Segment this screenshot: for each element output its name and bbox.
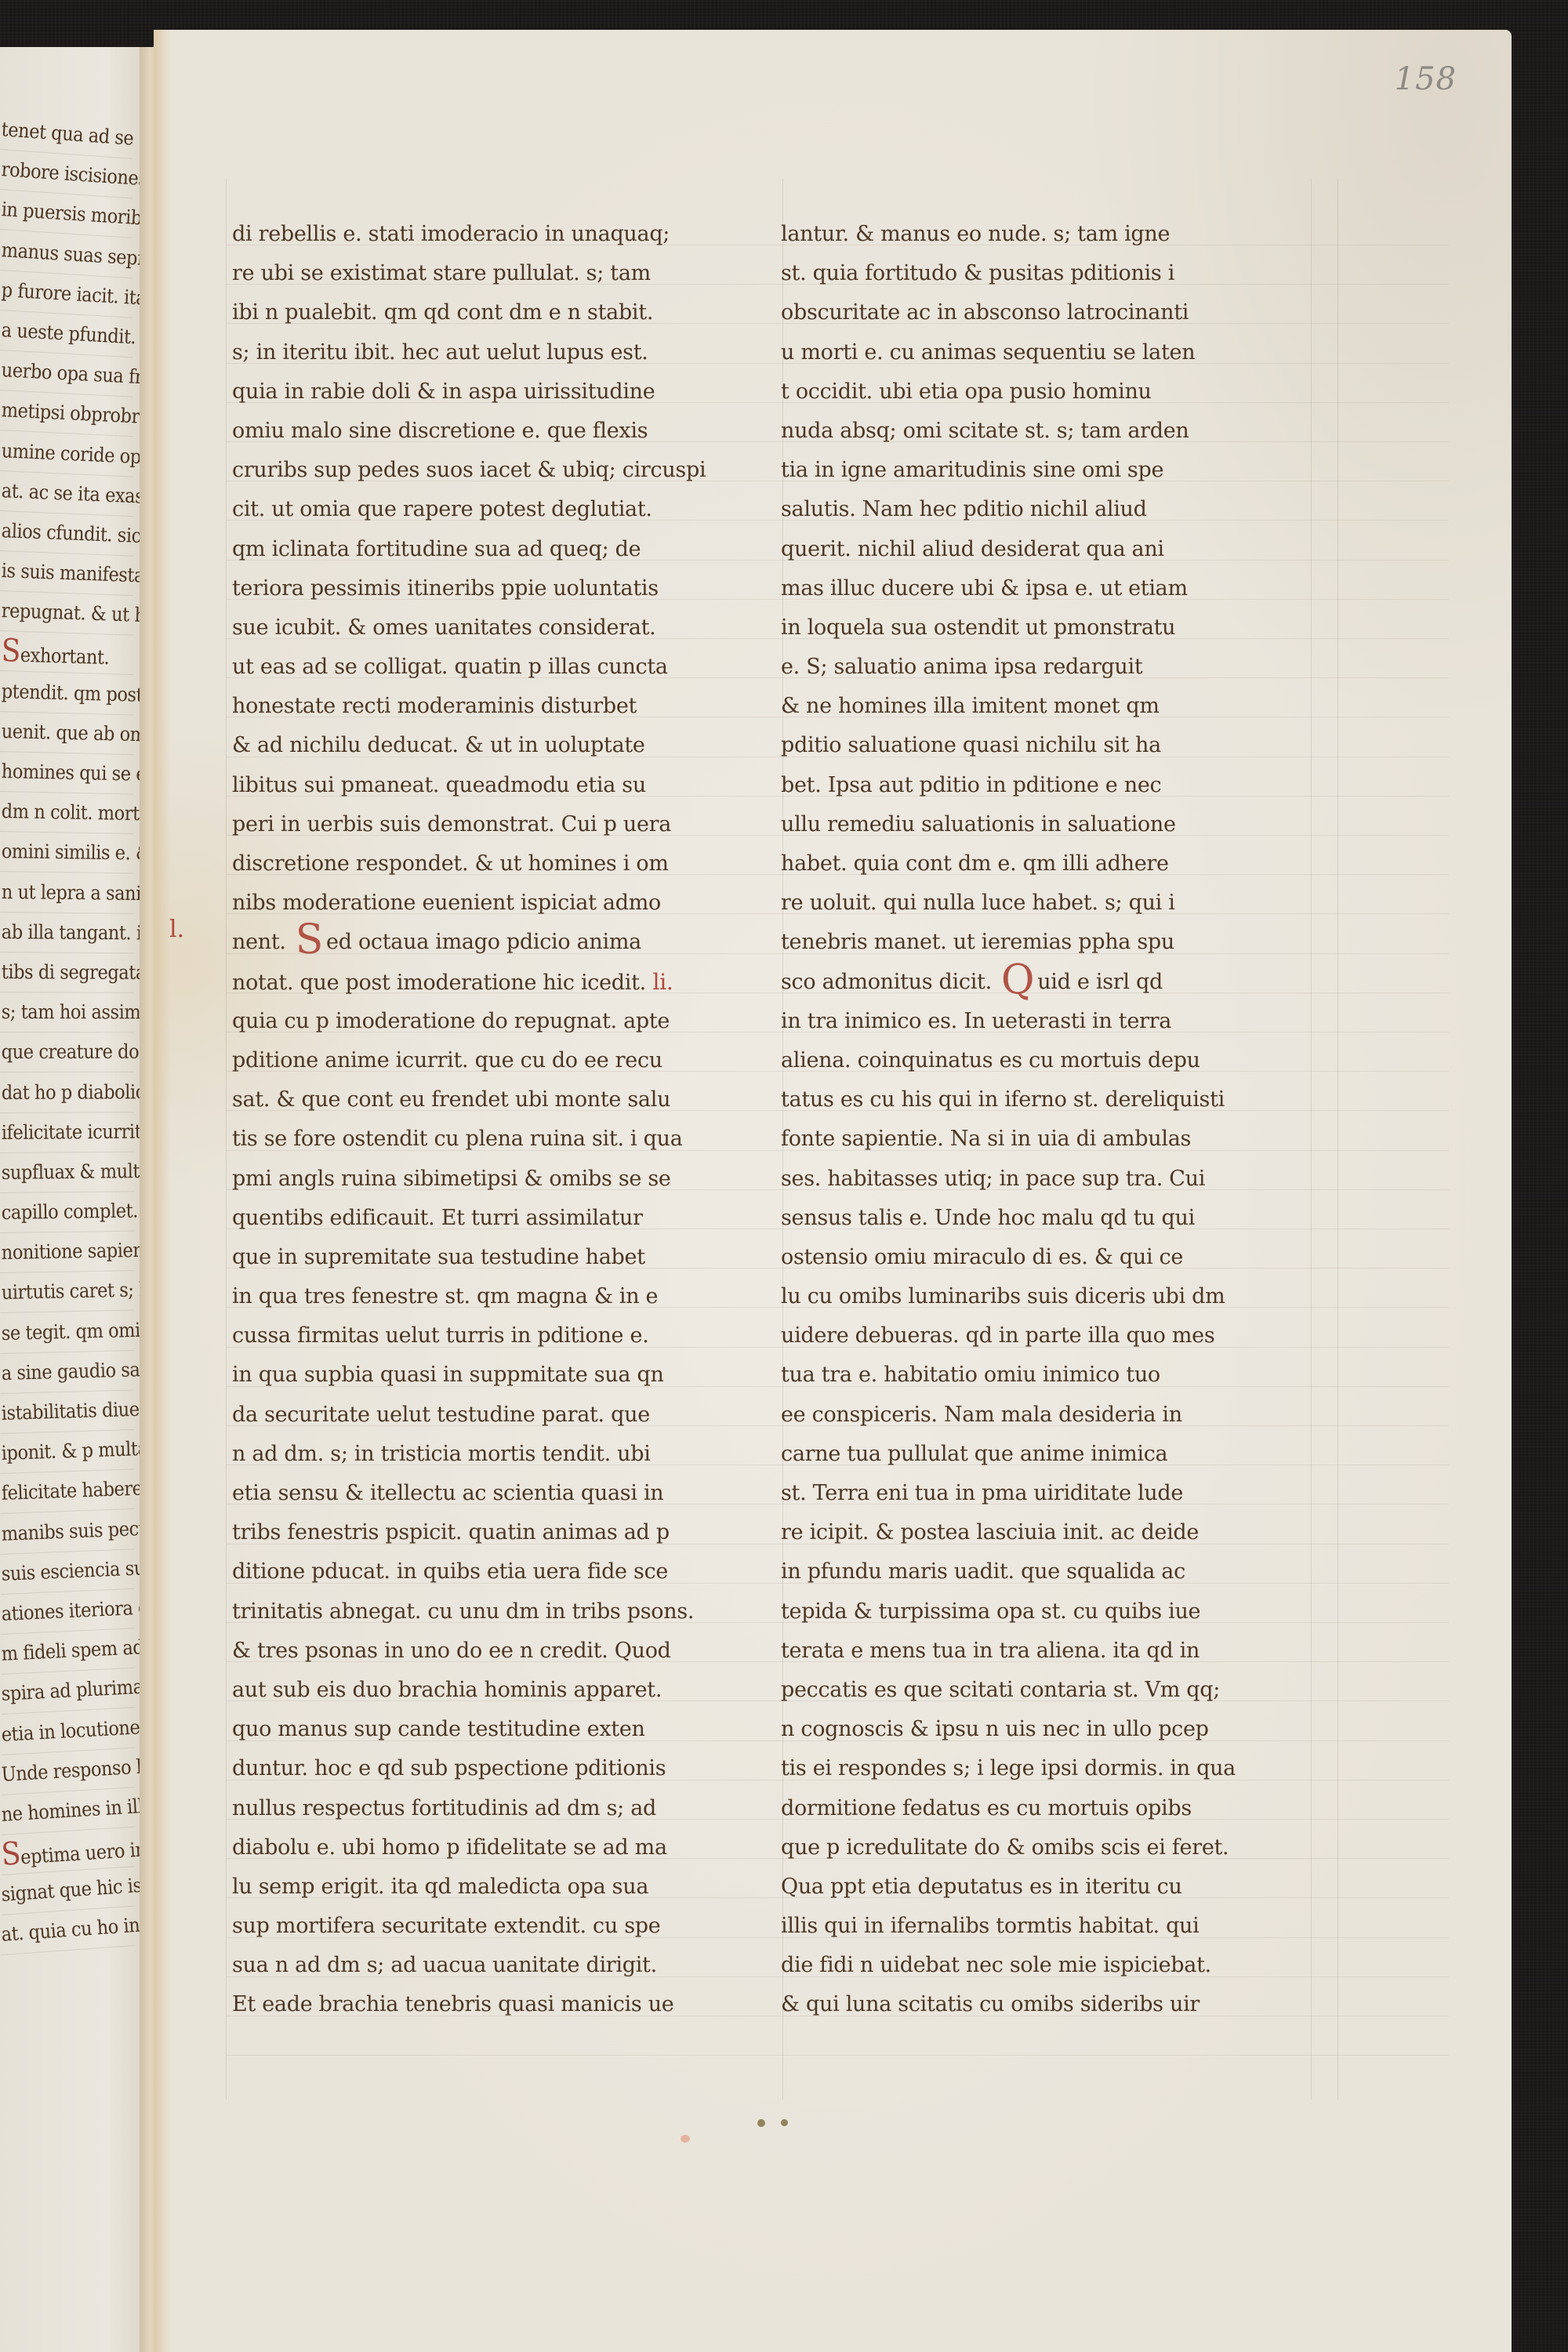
line-text: st. quia fortitudo & pusitas pditionis i — [781, 261, 1174, 285]
verso-line: dat ho p diabolica — [0, 1073, 134, 1113]
manuscript-line: nuda absq; omi scitate st. s; tam arden — [781, 412, 1314, 451]
manuscript-line: ostensio omiu miraculo di es. & qui ce — [781, 1238, 1314, 1277]
manuscript-line: n cognoscis & ipsu n uis nec in ullo pce… — [781, 1710, 1314, 1749]
line-text: illis qui in ifernalibs tormtis habitat.… — [781, 1914, 1200, 1938]
manuscript-line: obscuritate ac in absconso latrocinanti — [781, 293, 1314, 332]
manuscript-line: aut sub eis duo brachia hominis apparet. — [232, 1671, 781, 1710]
line-text: quentibs edificauit. Et turri assimilatu… — [232, 1206, 643, 1230]
verso-line: at. quia cu ho in bon — [0, 1907, 135, 1956]
line-text: tatus es cu his qui in iferno st. dereli… — [781, 1087, 1225, 1112]
manuscript-line: ullu remediu saluationis in saluatione — [781, 805, 1314, 844]
manuscript-line: que p icredulitate do & omibs scis ei fe… — [781, 1828, 1314, 1867]
manuscript-line: cit. ut omia que rapere potest deglutiat… — [232, 490, 781, 529]
manuscript-line: lu cu omibs luminaribs suis diceris ubi … — [781, 1277, 1314, 1316]
line-text: re icipit. & postea lasciuia init. ac de… — [781, 1520, 1199, 1544]
line-text: quia cu p imoderatione do repugnat. apte — [232, 1009, 670, 1033]
line-text: istabilitatis diuers — [1, 1397, 149, 1425]
verso-line: felicitate habere re — [0, 1469, 135, 1514]
line-text: querit. nichil aliud desiderat qua ani — [781, 537, 1164, 561]
manuscript-line: ibi n pualebit. qm qd cont dm e n stabit… — [232, 293, 781, 332]
line-text: Et eade brachia tenebris quasi manicis u… — [232, 1992, 673, 2016]
manuscript-line: honestate recti moderaminis disturbet — [232, 687, 781, 726]
line-text: ullu remediu saluationis in saluatione — [781, 812, 1176, 837]
line-text: ationes iteriora cord — [1, 1595, 149, 1625]
manuscript-line: st. quia fortitudo & pusitas pditionis i — [781, 254, 1314, 293]
manuscript-line: re icipit. & postea lasciuia init. ac de… — [781, 1513, 1314, 1552]
marginal-chapter-number: li. — [646, 969, 673, 995]
line-text: que p icredulitate do & omibs scis ei fe… — [781, 1835, 1229, 1860]
manuscript-line: di rebellis e. stati imoderacio in unaqu… — [232, 215, 781, 254]
manuscript-line: tribs fenestris pspicit. quatin animas a… — [232, 1513, 781, 1552]
manuscript-line: nullus respectus fortitudinis ad dm s; a… — [232, 1789, 781, 1828]
line-text: omiu malo sine discretione e. que flexis — [232, 419, 648, 443]
line-text: duntur. hoc e qd sub pspectione pditioni… — [232, 1756, 666, 1780]
verso-line: metipsi obprobria pson — [0, 390, 135, 437]
line-text: robore iscisiones uerbo — [1, 158, 149, 194]
manuscript-line: & tres psonas in uno do ee n credit. Quo… — [232, 1632, 781, 1671]
rubricated-initial: S — [296, 924, 323, 956]
manuscript-line: mas illuc ducere ubi & ipsa e. ut etiam — [781, 569, 1314, 608]
manuscript-line: e. S; saluatio anima ipsa redarguit — [781, 648, 1314, 687]
manuscript-line: que in supremitate sua testudine habet — [232, 1238, 781, 1277]
line-text: s; in iteritu ibit. hec aut uelut lupus … — [232, 340, 648, 365]
ink-stain — [781, 2119, 788, 2126]
line-text: e. S; saluatio anima ipsa redarguit — [781, 655, 1142, 679]
line-text: discretione respondet. & ut homines i om — [232, 851, 669, 876]
manuscript-line: re uoluit. qui nulla luce habet. s; qui … — [781, 884, 1314, 923]
manuscript-line: in qua tres fenestre st. qm magna & in e — [232, 1277, 781, 1316]
line-text: tibs di segregata e nec — [2, 960, 149, 984]
line-text: tenet qua ad se estringit — [1, 118, 149, 155]
line-text: repugnat. & ut homi — [1, 599, 149, 627]
line-text: aut sub eis duo brachia hominis apparet. — [232, 1678, 662, 1702]
line-text: sua n ad dm s; ad uacua uanitate dirigit… — [232, 1953, 657, 1977]
line-text: carne tua pullulat que anime inimica — [781, 1442, 1167, 1466]
manuscript-line: pmi angls ruina sibimetipsi & omibs se s… — [232, 1160, 781, 1199]
line-text: ee conspiceris. Nam mala desideria in — [781, 1403, 1182, 1427]
line-text: qm iclinata fortitudine sua ad queq; de — [232, 537, 641, 561]
verso-line: m fideli spem ad dm — [0, 1628, 135, 1675]
manuscript-line: lantur. & manus eo nude. s; tam igne — [781, 215, 1314, 254]
line-text: uirtutis caret s; lascitu — [1, 1277, 149, 1304]
ruling-line-vertical — [1338, 179, 1338, 2100]
line-text: n cognoscis & ipsu n uis nec in ullo pce… — [781, 1717, 1209, 1741]
ink-stain — [757, 2119, 765, 2127]
verso-line: uirtutis caret s; lascitu — [0, 1271, 134, 1314]
line-text: trinitatis abnegat. cu unu dm in tribs p… — [232, 1599, 694, 1624]
line-text: in qua tres fenestre st. qm magna & in e — [232, 1284, 658, 1308]
line-text: in qua supbia quasi in suppmitate sua qn — [232, 1363, 664, 1387]
line-text: eptima uero imag — [20, 1836, 149, 1868]
manuscript-line: sua n ad dm s; ad uacua uanitate dirigit… — [232, 1946, 781, 1985]
marginal-chapter-number: l. — [169, 916, 184, 943]
manuscript-line: carne tua pullulat que anime inimica — [781, 1435, 1314, 1474]
manuscript-line: sensus talis e. Unde hoc malu qd tu qui — [781, 1199, 1314, 1238]
line-text: uid e isrl qd — [1037, 970, 1163, 994]
verso-line: is suis manifestat. S; ud — [0, 551, 135, 596]
verso-line: ab illa tangant. ita ill — [0, 913, 134, 953]
manuscript-line: salutis. Nam hec pditio nichil aliud — [781, 490, 1314, 529]
verso-line: supfluax & multipl — [0, 1152, 134, 1193]
manuscript-line: quentibs edificauit. Et turri assimilatu… — [232, 1199, 781, 1238]
verso-line: repugnat. & ut homi — [0, 591, 135, 636]
line-text: ut eas ad se colligat. quatin p illas cu… — [232, 655, 668, 679]
manuscript-line: sue icubit. & omes uanitates considerat. — [232, 608, 781, 648]
line-text: a ueste pfundit. qm in a — [1, 318, 149, 352]
line-text: obscuritate ac in absconso latrocinanti — [781, 300, 1189, 325]
line-text: u morti e. cu animas sequentiu se laten — [781, 340, 1195, 365]
line-text: p furore iacit. ita qd c — [1, 278, 149, 312]
line-text: nibs moderatione euenient ispiciat admo — [232, 891, 661, 915]
manuscript-line: duntur. hoc e qd sub pspectione pditioni… — [232, 1749, 781, 1788]
line-text: alios cfundit. sic etia — [1, 519, 149, 549]
manuscript-line: cussa firmitas uelut turris in pditione … — [232, 1316, 781, 1356]
line-text: omini similis e. & mo — [2, 840, 149, 865]
line-text: terata e mens tua in tra aliena. ita qd … — [781, 1639, 1200, 1663]
line-text: capillo complet. ha — [2, 1199, 149, 1224]
verso-line: iponit. & p multas — [0, 1430, 135, 1475]
line-text: re uoluit. qui nulla luce habet. s; qui … — [781, 891, 1175, 915]
line-text: que creature do obed — [2, 1040, 149, 1063]
line-text: quo manus sup cande testitudine exten — [232, 1717, 645, 1741]
line-text: di rebellis e. stati imoderacio in unaqu… — [232, 222, 670, 246]
verso-line: manibs suis pect sui — [0, 1509, 135, 1555]
manuscript-line: ut eas ad se colligat. quatin p illas cu… — [232, 648, 781, 687]
line-text: pmi angls ruina sibimetipsi & omibs se s… — [232, 1167, 671, 1191]
line-text: bet. Ipsa aut pditio in pditione e nec — [781, 773, 1161, 797]
line-text: sue icubit. & omes uanitates considerat. — [232, 615, 655, 640]
line-text: sco admonitus dicit. — [781, 970, 992, 994]
line-text: teriora pessimis itineribs ppie uoluntat… — [232, 576, 659, 601]
line-text: se tegit. qm omi bon — [1, 1317, 149, 1344]
manuscript-line: in loquela sua ostendit ut pmonstratu — [781, 608, 1314, 648]
line-text: cussa firmitas uelut turris in pditione … — [232, 1323, 648, 1348]
manuscript-line: peccatis es que scitati contaria st. Vm … — [781, 1671, 1314, 1710]
manuscript-line: dormitione fedatus es cu mortuis opibs — [781, 1789, 1314, 1828]
manuscript-line: re ubi se existimat stare pullulat. s; t… — [232, 254, 781, 293]
manuscript-page-recto: 158 di rebellis e. stati imoderacio in u… — [154, 30, 1512, 2352]
line-text: ptendit. qm post eam — [1, 680, 149, 707]
verso-line: omini similis e. & mo — [0, 832, 134, 874]
line-text: die fidi n uidebat nec sole mie ispicieb… — [781, 1953, 1211, 1977]
manuscript-line: s; in iteritu ibit. hec aut uelut lupus … — [232, 333, 781, 372]
line-text: re ubi se existimat stare pullulat. s; t… — [232, 261, 651, 285]
manuscript-line: & ad nichilu deducat. & ut in uoluptate — [232, 726, 781, 765]
line-text: tis se fore ostendit cu plena ruina sit.… — [232, 1127, 683, 1151]
manuscript-line: quia in rabie doli & in aspa uirissitudi… — [232, 372, 781, 412]
line-text: uidere debueras. qd in parte illa quo me… — [781, 1323, 1214, 1348]
manuscript-line: aliena. coinquinatus es cu mortuis depu — [781, 1041, 1314, 1080]
text-column-a: di rebellis e. stati imoderacio in unaqu… — [232, 215, 781, 2025]
line-text: suis esciencia sua acu — [1, 1555, 149, 1585]
verso-line: nonitione sapientie — [0, 1231, 134, 1273]
line-text: tia in igne amaritudinis sine omi spe — [781, 458, 1163, 482]
manuscript-line: in pfundu maris uadit. que squalida ac — [781, 1552, 1314, 1592]
manuscript-line: terata e mens tua in tra aliena. ita qd … — [781, 1632, 1314, 1671]
manuscript-line: Qua ppt etia deputatus es in iteritu cu — [781, 1867, 1314, 1907]
line-text: manibs suis pect sui — [1, 1515, 149, 1545]
line-text: in loquela sua ostendit ut pmonstratu — [781, 615, 1175, 640]
line-text: s; tam hoi assimilat — [2, 1000, 149, 1023]
line-text: honestate recti moderaminis disturbet — [232, 694, 637, 718]
verso-line: spira ad plurimas — [0, 1668, 135, 1715]
line-text: ed octaua imago pdicio anima — [326, 930, 641, 954]
manuscript-line: omiu malo sine discretione e. que flexis — [232, 412, 781, 451]
line-text: at. quia cu ho in bon — [1, 1911, 149, 1947]
manuscript-line: uidere debueras. qd in parte illa quo me… — [781, 1316, 1314, 1356]
line-text: lantur. & manus eo nude. s; tam igne — [781, 222, 1170, 246]
verso-line: suis esciencia sua acu — [0, 1549, 135, 1595]
ruling-line-horizontal — [226, 2055, 1449, 2056]
manuscript-line: ses. habitasses utiq; in pace sup tra. C… — [781, 1160, 1314, 1199]
line-text: nuda absq; omi scitate st. s; tam arden — [781, 419, 1189, 443]
line-text: metipsi obprobria pson — [1, 398, 149, 430]
line-text: tribs fenestris pspicit. quatin animas a… — [232, 1520, 670, 1544]
verso-line: alios cfundit. sic etia — [0, 511, 135, 557]
line-text: ifelicitate icurrit. & — [2, 1120, 149, 1144]
verso-line: ifelicitate icurrit. & — [0, 1112, 134, 1152]
line-text: tenebris manet. ut ieremias ppha spu — [781, 930, 1174, 954]
line-text: spira ad plurimas — [1, 1675, 149, 1705]
line-text: signat que hic isti — [1, 1873, 149, 1906]
manuscript-line: pditio saluatione quasi nichilu sit ha — [781, 726, 1314, 765]
line-text: mas illuc ducere ubi & ipsa e. ut etiam — [781, 576, 1188, 601]
line-text: n ut lepra a sanis & — [2, 880, 149, 905]
line-text: notat. que post imoderatione hic icedit. — [232, 971, 646, 995]
manuscript-line: sup mortifera securitate extendit. cu sp… — [232, 1907, 781, 1946]
verso-line: capillo complet. ha — [0, 1192, 134, 1234]
line-text: & ne homines illa imitent monet qm — [781, 694, 1160, 718]
line-text: etia sensu & itellectu ac scientia quasi… — [232, 1481, 663, 1505]
manuscript-line: discretione respondet. & ut homines i om — [232, 844, 781, 884]
manuscript-line: t occidit. ubi etia opa pusio hominu — [781, 372, 1314, 412]
manuscript-line: trinitatis abnegat. cu unu dm in tribs p… — [232, 1592, 781, 1632]
verso-line: homines qui se existim — [0, 752, 134, 795]
text-column-b: lantur. & manus eo nude. s; tam ignest. … — [781, 215, 1314, 2025]
verso-text-block: tenet qua ad se estringitrobore iscision… — [0, 110, 149, 1956]
manuscript-line: illis qui in ifernalibs tormtis habitat.… — [781, 1907, 1314, 1946]
line-text: uerbo opa sua frequen — [1, 358, 149, 391]
line-text: st. Terra eni tua in pma uiriditate lude — [781, 1481, 1183, 1505]
verso-line: n ut lepra a sanis & — [0, 873, 134, 914]
manuscript-line: pditione anime icurrit. que cu do ee rec… — [232, 1041, 781, 1080]
line-text: in tra inimico es. In ueterasti in terra — [781, 1009, 1171, 1033]
line-text: manus suas sepi hoc in — [1, 238, 149, 273]
manuscript-line: quo manus sup cande testitudine exten — [232, 1710, 781, 1749]
line-text: fonte sapientie. Na si in uia di ambulas — [781, 1127, 1191, 1151]
line-text: peccatis es que scitati contaria st. Vm … — [781, 1678, 1220, 1702]
line-text: uenit. que ab omibs bon — [1, 720, 149, 747]
verso-line: a sine gaudio saluat — [0, 1350, 135, 1394]
line-text: & ad nichilu deducat. & ut in uoluptate — [232, 733, 645, 757]
manuscript-line: Et eade brachia tenebris quasi manicis u… — [232, 1985, 781, 2024]
rubricated-initial: S — [1, 633, 21, 670]
manuscript-line: nent.Sed octaua imago pdicio anima — [232, 923, 781, 962]
line-text: sat. & que cont eu frendet ubi monte sal… — [232, 1087, 670, 1112]
line-text: ses. habitasses utiq; in pace sup tra. C… — [781, 1167, 1205, 1191]
verso-line: uenit. que ab omibs bon — [0, 712, 135, 755]
line-text: tepida & turpissima opa st. cu quibs iue — [781, 1599, 1200, 1624]
line-text: ditione pducat. in quibs etia uera fide … — [232, 1559, 668, 1584]
manuscript-line: die fidi n uidebat nec sole mie ispicieb… — [781, 1946, 1314, 1985]
line-text: que in supremitate sua testudine habet — [232, 1245, 645, 1269]
manuscript-line: st. Terra eni tua in pma uiriditate lude — [781, 1474, 1314, 1513]
verso-line: uerbo opa sua frequen — [0, 350, 135, 397]
line-text: quia in rabie doli & in aspa uirissitudi… — [232, 379, 655, 404]
line-text: salutis. Nam hec pditio nichil aliud — [781, 497, 1147, 521]
line-text: lu cu omibs luminaribs suis diceris ubi … — [781, 1284, 1225, 1308]
line-text: ab illa tangant. ita ill — [2, 920, 149, 945]
line-text: umine coride opu eter — [1, 439, 149, 470]
manuscript-line: n ad dm. s; in tristicia mortis tendit. … — [232, 1435, 781, 1474]
manuscript-line: notat. que post imoderatione hic icedit.… — [232, 963, 781, 1002]
manuscript-line: libitus sui pmaneat. queadmodu etia su — [232, 766, 781, 805]
line-text: felicitate habere re — [1, 1476, 149, 1504]
verso-line: istabilitatis diuers — [0, 1390, 135, 1434]
manuscript-line: quia cu p imoderatione do repugnat. apte — [232, 1002, 781, 1041]
line-text: supfluax & multipl — [2, 1160, 149, 1184]
line-text: a sine gaudio saluat — [1, 1357, 149, 1385]
manuscript-line: tis ei respondes s; i lege ipsi dormis. … — [781, 1749, 1314, 1788]
verso-line: dm n colit. morte ia — [0, 792, 134, 834]
manuscript-line: bet. Ipsa aut pditio in pditione e nec — [781, 766, 1314, 805]
line-text: Unde responso bea — [1, 1753, 149, 1785]
line-text: at. ac se ita exaspat. qd — [1, 479, 149, 510]
line-text: n ad dm. s; in tristicia mortis tendit. … — [232, 1442, 651, 1466]
line-text: in pfundu maris uadit. que squalida ac — [781, 1559, 1185, 1584]
line-text: sensus talis e. Unde hoc malu qd tu qui — [781, 1206, 1195, 1230]
manuscript-line: da securitate uelut testudine parat. que — [232, 1396, 781, 1435]
line-text: t occidit. ubi etia opa pusio hominu — [781, 379, 1152, 404]
manuscript-line: in qua supbia quasi in suppmitate sua qn — [232, 1356, 781, 1395]
line-text: da securitate uelut testudine parat. que — [232, 1403, 650, 1427]
line-text: is suis manifestat. S; ud — [1, 559, 149, 589]
verso-line: se tegit. qm omi bon — [0, 1311, 135, 1354]
line-text: & tres psonas in uno do ee n credit. Quo… — [232, 1639, 671, 1663]
line-text: exhortant. — [20, 644, 109, 669]
line-text: in puersis moribs ad se c — [1, 198, 149, 234]
verso-line: umine coride opu eter — [0, 431, 135, 477]
manuscript-line: cruribs sup pedes suos iacet & ubiq; cir… — [232, 451, 781, 490]
manuscript-line: tia in igne amaritudinis sine omi spe — [781, 451, 1314, 490]
manuscript-line: habet. quia cont dm e. qm illi adhere — [781, 844, 1314, 884]
line-text: pditione anime icurrit. que cu do ee rec… — [232, 1048, 662, 1073]
line-text: libitus sui pmaneat. queadmodu etia su — [232, 773, 646, 797]
line-text: nullus respectus fortitudinis ad dm s; a… — [232, 1796, 656, 1820]
manuscript-line: in tra inimico es. In ueterasti in terra — [781, 1002, 1314, 1041]
line-text: cit. ut omia que rapere potest deglutiat… — [232, 497, 652, 521]
folio-number: 158 — [1395, 61, 1457, 97]
verso-line: tibs di segregata e nec — [0, 953, 134, 993]
verso-line: Sexhortant. — [0, 631, 135, 675]
manuscript-line: u morti e. cu animas sequentiu se laten — [781, 333, 1314, 372]
line-text: aliena. coinquinatus es cu mortuis depu — [781, 1048, 1200, 1073]
manuscript-line: & qui luna scitatis cu omibs sideribs ui… — [781, 1985, 1314, 2024]
line-text: tis ei respondes s; i lege ipsi dormis. … — [781, 1756, 1236, 1780]
line-text: nonitione sapientie — [2, 1239, 149, 1265]
red-pigment-spot — [681, 2135, 690, 2143]
manuscript-line: ee conspiceris. Nam mala desideria in — [781, 1396, 1314, 1435]
manuscript-line: sat. & que cont eu frendet ubi monte sal… — [232, 1080, 781, 1120]
line-text: diabolu e. ubi homo p ifidelitate se ad … — [232, 1835, 667, 1860]
rubricated-initial: Q — [1001, 964, 1034, 996]
line-text: iponit. & p multas — [1, 1437, 149, 1465]
manuscript-line: teriora pessimis itineribs ppie uoluntat… — [232, 569, 781, 608]
verso-line: que creature do obed — [0, 1033, 134, 1073]
verso-line: ationes iteriora cord — [0, 1588, 135, 1635]
manuscript-line: peri in uerbis suis demonstrat. Cui p ue… — [232, 805, 781, 844]
line-text: dat ho p diabolica — [2, 1080, 149, 1104]
line-text: ne homines in illa p — [1, 1793, 149, 1826]
manuscript-line: tatus es cu his qui in iferno st. dereli… — [781, 1080, 1314, 1120]
line-text: sup mortifera securitate extendit. cu sp… — [232, 1914, 660, 1938]
line-text: ibi n pualebit. qm qd cont dm e n stabit… — [232, 300, 653, 325]
line-text: dormitione fedatus es cu mortuis opibs — [781, 1796, 1192, 1820]
manuscript-line: fonte sapientie. Na si in uia di ambulas — [781, 1120, 1314, 1159]
line-text: homines qui se existim — [2, 760, 149, 786]
manuscript-line: tepida & turpissima opa st. cu quibs iue — [781, 1592, 1314, 1632]
rubricated-initial: S — [0, 1835, 21, 1872]
manuscript-line: etia sensu & itellectu ac scientia quasi… — [232, 1474, 781, 1513]
manuscript-line: sco admonitus dicit.Quid e isrl qd — [781, 963, 1314, 1002]
manuscript-line: qm iclinata fortitudine sua ad queq; de — [232, 530, 781, 569]
ruling-line-vertical — [226, 179, 227, 2100]
line-text: m fideli spem ad dm — [1, 1634, 149, 1665]
manuscript-line: tua tra e. habitatio omiu inimico tuo — [781, 1356, 1314, 1395]
manuscript-line: tenebris manet. ut ieremias ppha spu — [781, 923, 1314, 962]
line-text: tua tra e. habitatio omiu inimico tuo — [781, 1363, 1160, 1387]
line-text: dm n colit. morte ia — [2, 800, 149, 826]
line-text: cruribs sup pedes suos iacet & ubiq; cir… — [232, 458, 706, 482]
line-text: pditio saluatione quasi nichilu sit ha — [781, 733, 1161, 757]
line-text: nent. — [232, 930, 286, 954]
manuscript-line: & ne homines illa imitent monet qm — [781, 687, 1314, 726]
facing-page-verso: tenet qua ad se estringitrobore iscision… — [0, 47, 149, 2352]
line-text: habet. quia cont dm e. qm illi adhere — [781, 851, 1169, 876]
manuscript-line: ditione pducat. in quibs etia uera fide … — [232, 1552, 781, 1592]
line-text: peri in uerbis suis demonstrat. Cui p ue… — [232, 812, 671, 837]
line-text: & qui luna scitatis cu omibs sideribs ui… — [781, 1992, 1200, 2016]
verso-line: ptendit. qm post eam — [0, 672, 135, 716]
line-text: Qua ppt etia deputatus es in iteritu cu — [781, 1875, 1182, 1899]
manuscript-line: diabolu e. ubi homo p ifidelitate se ad … — [232, 1828, 781, 1867]
manuscript-line: querit. nichil aliud desiderat qua ani — [781, 530, 1314, 569]
line-text: etia in locutione sua — [1, 1713, 149, 1745]
manuscript-line: lu semp erigit. ita qd maledicta opa sua — [232, 1867, 781, 1907]
verso-line: s; tam hoi assimilat — [0, 993, 134, 1033]
line-text: lu semp erigit. ita qd maledicta opa sua — [232, 1875, 648, 1899]
line-text: ostensio omiu miraculo di es. & qui ce — [781, 1245, 1183, 1269]
manuscript-line: tis se fore ostendit cu plena ruina sit.… — [232, 1120, 781, 1159]
verso-line: at. ac se ita exaspat. qd — [0, 471, 135, 517]
